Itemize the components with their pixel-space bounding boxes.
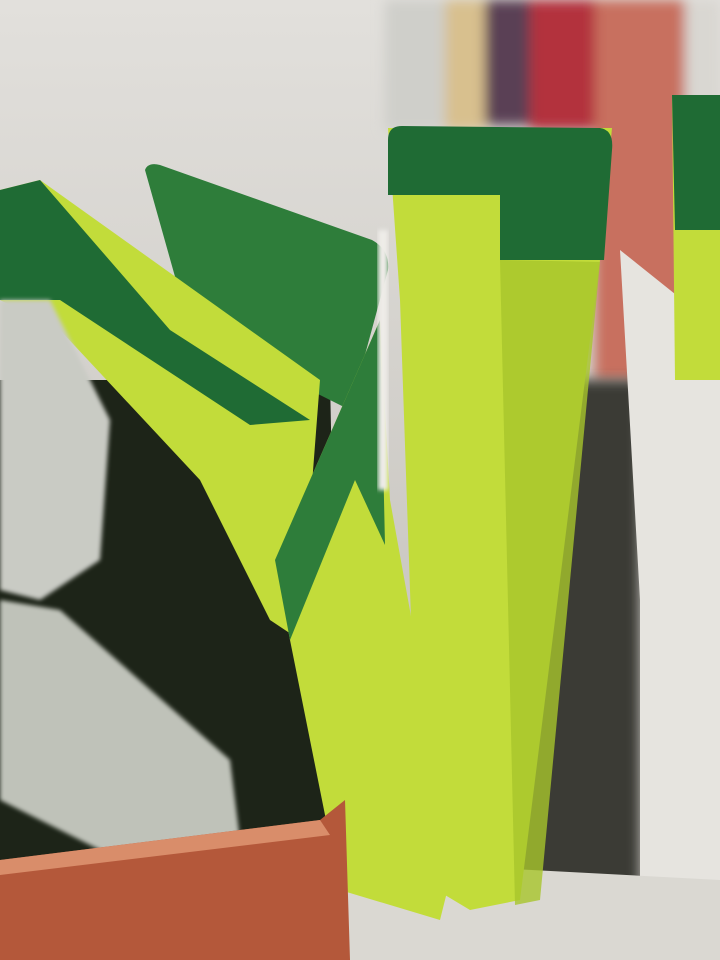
white-divider [378, 230, 388, 490]
photo-scene [0, 0, 720, 960]
sachet-far-right-top [672, 95, 720, 230]
sachets-photo [0, 0, 720, 960]
